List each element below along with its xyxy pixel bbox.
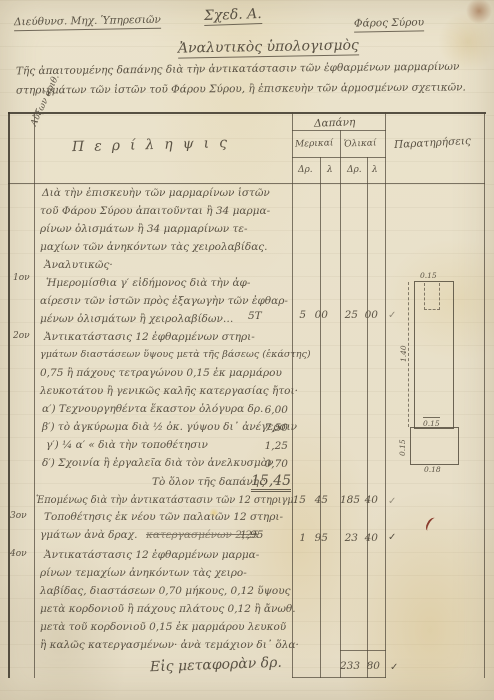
item4-line: μετὰ κορδονιοῦ ἢ πάχους πλάτους 0,12 ἢ ἄ… [40,604,296,615]
item2-line: γμάτων διαστάσεων ὕψους μετὰ τῆς βάσεως … [40,350,311,360]
sketch-inner-dashed-rectangle [424,283,440,310]
sketch-dim-shaft-height: 1.40 [399,345,408,362]
item3-line: Τοποθέτησις ἐκ νέου τῶν παλαιῶν 12 στηρι… [44,512,283,523]
table-rule-partial-total-split [340,130,341,678]
grand-total-lepta: 80 [352,660,380,672]
column-header-partial: Μερικαί [295,139,334,149]
item2-line: 0,75 ἢ πάχους τετραγώνου 0,15 ἐκ μαρμάρο… [40,368,282,379]
sketch-dim-neck-width: 0.15 [423,417,440,428]
item2-sub-c-label: γ′) ¼ α′ « διὰ τὴν τοποθέτησιν [46,440,208,451]
item2-sub-c-value: 1,25 [248,440,288,452]
item1-checkmark: ✓ [388,310,396,321]
sketch-base-rectangle [410,427,459,465]
header-schedule: Σχεδ. Α. [204,7,262,26]
item1-number: 1ον [13,274,30,283]
preamble-line: μαχίων τῶν ἀνηκόντων τὰς χειρολαβίδας. [40,242,268,253]
item2-sum-value: 15,45 [251,474,291,492]
table-rule-under-partial-total [292,157,386,158]
item3-total-lepta: 40 [350,532,378,544]
item4-line: λαβίδας, διαστάσεων 0,70 μήκους, 0,12 ὕψ… [40,586,290,597]
column-header-partial-drachmas: Δρ. [298,166,313,175]
table-border-right [484,112,485,678]
table-border-left [8,112,10,678]
item4-number: 4ον [10,550,27,559]
item4-line: μετὰ τοῦ κορδονιοῦ 0,15 ἐκ μαρμάρου λευκ… [40,622,286,633]
table-border-bottom-money [292,677,386,678]
item2-line: λευκοτάτου ἢ γενικῶς καλῆς κατεργασίας ἤ… [40,386,298,397]
column-header-total-lepta: λ [372,166,378,175]
preamble-line: τοῦ Φάρου Σύρου ἀπαιτοῦνται ἢ 34 μαρμα- [40,206,270,217]
item2-sub-d-label: δ′) Σχοινία ἢ ἐργαλεῖα διὰ τὸν ἀνελκυσμὸ… [42,458,273,469]
item3-line: γμάτων ἀνὰ δραχ. [40,530,137,541]
sketch-dim-base-width: 0.18 [424,465,441,474]
page-title: Ἀναλυτικὸς ὑπολογισμὸς [178,38,359,58]
item3-partial-lepta: 95 [300,532,328,544]
column-header-serial: Αὔξων ἀριθ. [30,73,62,127]
table-border-top [8,112,486,114]
item2-sub-a-value: 6,00 [248,404,288,416]
item2-partial-lepta: 45 [300,494,328,506]
table-rule-money-right [385,112,386,678]
table-rule-under-expense [292,130,386,131]
item2-conclusion: Ἑπομένως διὰ τὴν ἀντικατάστασιν τῶν 12 σ… [36,496,297,506]
sketch-dim-base-height: 0.15 [398,439,407,456]
preamble-line: Διὰ τὴν ἐπισκευὴν τῶν μαρμαρίνων ἱστῶν [42,188,270,199]
header-location: Φάρος Σύρου [354,17,424,32]
item1-rate: 5Τ [248,311,262,322]
column-header-total-drachmas: Δρ. [347,166,362,175]
item2-sub-d-value: 0,70 [248,458,288,470]
item2-checkmark: ✓ [388,496,396,507]
preamble-line: ρίνων ὀλισμάτων ἢ 34 μαρμαρίνων τε- [40,224,248,235]
column-header-expense: Δαπάνη [314,117,356,129]
carry-forward-label: Εἰς μεταφορὰν δρ. [150,656,282,675]
sketch-dimension-line [408,282,409,427]
item3-number: 3ον [10,512,27,521]
column-header-remarks: Παρατηρήσεις [394,136,471,151]
item3-value: 1,95 [240,530,263,541]
table-rule-partial-split [320,157,321,678]
intro-line-1: Τῆς ἀπαιτουμένης δαπάνης διὰ τὴν ἀντικατ… [16,62,459,77]
item1-line: αίρεσιν τῶν ἱστῶν πρὸς ἐξαγωγὴν τῶν ἐφθα… [40,296,288,307]
sketch-dim-top-width: 0.15 [420,271,437,280]
item1-line: Ἡμερομίσθια γ′ εἰδήμονος διὰ τὴν ἀφ- [46,278,250,289]
column-header-total: Ὁλικαί [344,139,377,149]
item3-checkmark: ✓ [388,532,396,543]
table-rule-above-grand-total [340,650,386,651]
item1-total-lepta: 00 [350,309,378,321]
item4-line: Ἀντικατάστασις 12 ἐφθαρμένων μαρμα- [44,550,259,561]
item2-total-lepta: 40 [350,494,378,506]
item1-partial-lepta: 00 [300,309,328,321]
grand-total-checkmark: ✓ [390,662,398,673]
document-page: Διεύθυνσ. Μηχ. Ὑπηρεσιῶν Σχεδ. Α. Φάρος … [0,0,494,700]
header-office: Διεύθυνσ. Μηχ. Ὑπηρεσιῶν [14,15,161,31]
item2-sub-b-value: 7,50 [248,422,288,434]
table-rule-under-header [8,183,485,184]
table-rule-total-split [367,157,368,678]
red-ink-mark [424,516,439,533]
item4-line: ρίνων τεμαχίων ἀνηκόντων τὰς χειρο- [40,568,247,579]
item1-line: μένων ὀλισμάτων ἢ χειρολαβίδων… [40,314,233,325]
intro-line-2: στηριγμάτων τῶν ἱστῶν τοῦ Φάρου Σύρου, ἢ… [16,82,466,96]
item4-line: ἢ καλῶς κατεργασμένων· ἀνὰ τεμάχιον δι᾽ … [40,640,299,651]
item2-line: Ἀντικατάστασις 12 ἐφθαρμένων στηρι- [44,332,255,343]
preamble-line: Ἀναλυτικῶς· [44,260,113,271]
column-header-summary: Περίληψις [72,136,237,154]
table-rule-serial [34,112,35,678]
item2-number: 2ον [13,332,30,341]
item2-sub-a-label: α′) Τεχνουργηθέντα ἕκαστον ὁλόγυρα δρ. [42,404,263,415]
column-header-partial-lepta: λ [327,166,333,175]
